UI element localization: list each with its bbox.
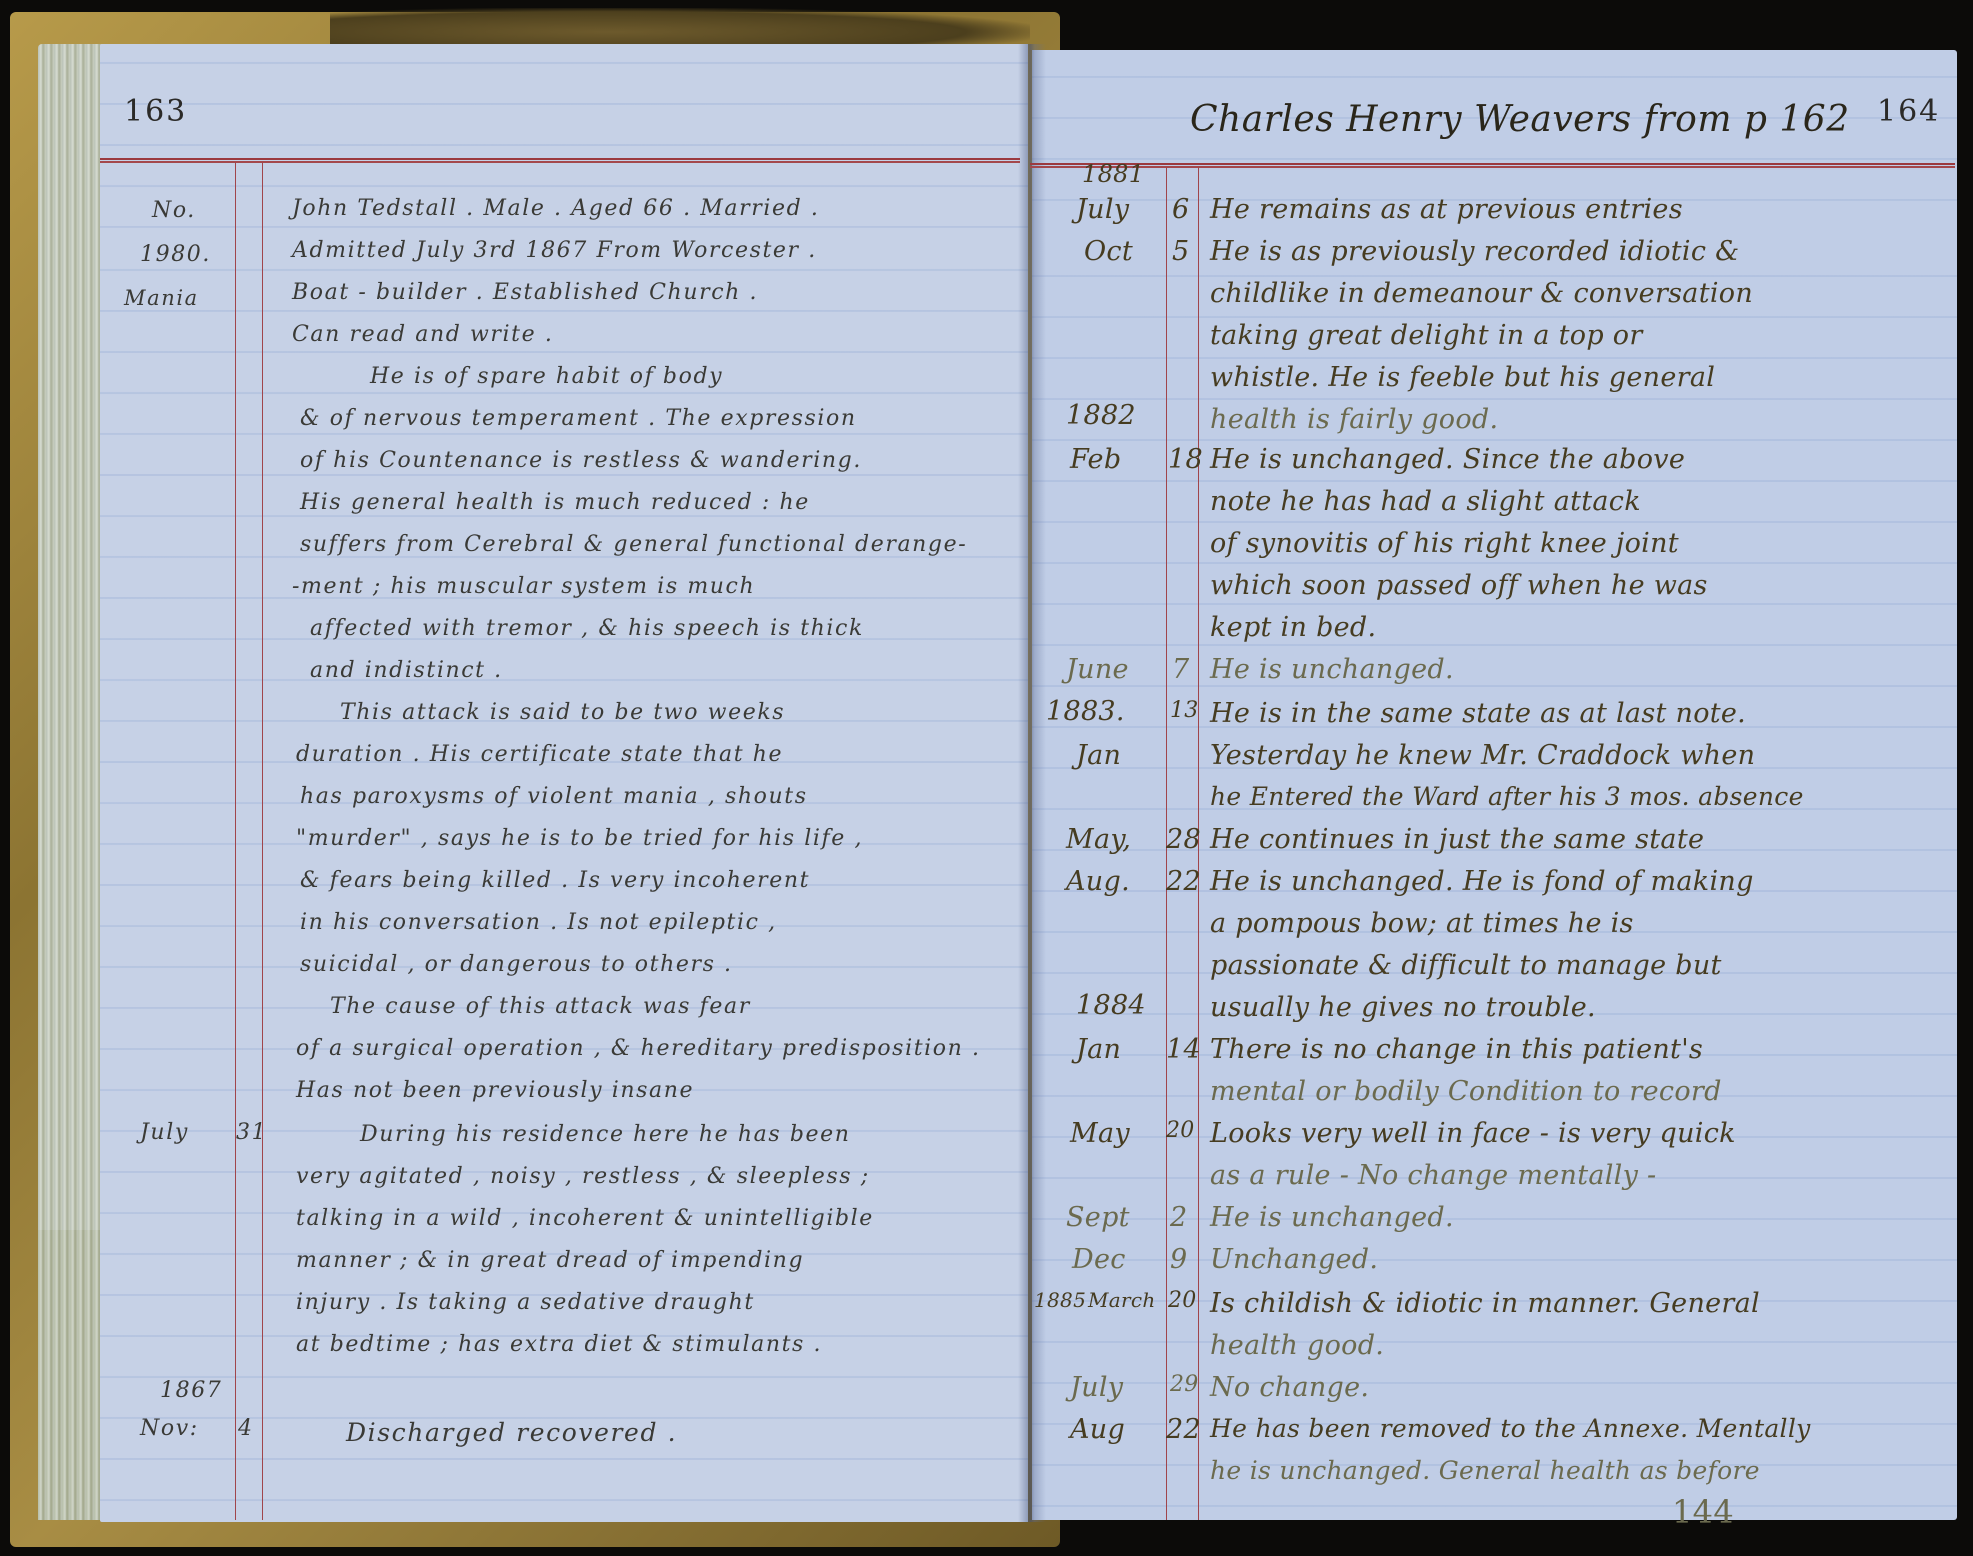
entry-day: 20 bbox=[1166, 1120, 1195, 1142]
left-day-column-rule bbox=[262, 162, 263, 1520]
entry-year: 1867 bbox=[160, 1380, 222, 1402]
entry-month: Aug. bbox=[1066, 868, 1130, 895]
case-number: 1980. bbox=[140, 244, 211, 266]
entry-line: He is unchanged. bbox=[1210, 656, 1454, 683]
entry-day: 2 bbox=[1170, 1204, 1187, 1231]
left-date-column-rule bbox=[235, 162, 236, 1520]
diagnosis-label: Mania bbox=[124, 288, 199, 309]
entry-month: July bbox=[1076, 196, 1129, 223]
note-line: & fears being killed . Is very incoheren… bbox=[300, 870, 810, 892]
entry-line: Unchanged. bbox=[1210, 1246, 1378, 1273]
footer-folio-note: 144 bbox=[1672, 1496, 1734, 1528]
entry-line: He remains as at previous entries bbox=[1210, 196, 1683, 223]
entry-line: a pompous bow; at times he is bbox=[1210, 910, 1634, 937]
note-line: -ment ; his muscular system is much bbox=[292, 576, 755, 598]
entry-line: which soon passed off when he was bbox=[1210, 572, 1708, 599]
entry-day: 5 bbox=[1172, 238, 1189, 265]
entry-day: 18 bbox=[1168, 446, 1203, 473]
entry-month: May, bbox=[1066, 826, 1131, 853]
entry-day: 20 bbox=[1168, 1290, 1197, 1312]
entry-line: mental or bodily Condition to record bbox=[1210, 1078, 1722, 1105]
note-line: in his conversation . Is not epileptic , bbox=[300, 912, 777, 934]
entry-line: He is in the same state as at last note. bbox=[1210, 700, 1746, 727]
entry-line: He is unchanged. He is fond of making bbox=[1210, 868, 1754, 895]
page-edges-stack bbox=[38, 44, 108, 1239]
entry-month: Sept bbox=[1066, 1204, 1130, 1231]
entry-line: he is unchanged. General health as befor… bbox=[1210, 1458, 1760, 1483]
entry-line: He continues in just the same state bbox=[1210, 826, 1704, 853]
entry-line: health good. bbox=[1210, 1332, 1384, 1359]
entry-line: Is childish & idiotic in manner. General bbox=[1210, 1290, 1760, 1317]
entry-line: Yesterday he knew Mr. Craddock when bbox=[1210, 742, 1755, 769]
entry-line: very agitated , noisy , restless , & sle… bbox=[296, 1166, 870, 1188]
right-page-number: 164 bbox=[1877, 94, 1940, 129]
entry-month: July bbox=[140, 1122, 189, 1144]
entry-day: 14 bbox=[1166, 1036, 1201, 1063]
right-header-rule bbox=[1030, 163, 1955, 168]
entry-day: 29 bbox=[1170, 1374, 1199, 1396]
note-line: John Tedstall . Male . Aged 66 . Married… bbox=[292, 198, 819, 220]
page-edges-stack-bottom bbox=[38, 1230, 108, 1520]
entry-line: passionate & difficult to manage but bbox=[1210, 952, 1722, 979]
entry-line: He has been removed to the Annexe. Menta… bbox=[1210, 1416, 1811, 1441]
entry-year: 1885 bbox=[1034, 1290, 1086, 1310]
entry-line: at bedtime ; has extra diet & stimulants… bbox=[296, 1334, 822, 1356]
note-line: of a surgical operation , & hereditary p… bbox=[296, 1038, 981, 1060]
entry-month: Jan bbox=[1076, 1036, 1121, 1063]
note-line: has paroxysms of violent mania , shouts bbox=[300, 786, 808, 808]
note-line: duration . His certificate state that he bbox=[296, 744, 783, 766]
left-header-rule bbox=[100, 158, 1020, 163]
entry-day: 28 bbox=[1166, 826, 1201, 853]
note-line: Boat - builder . Established Church . bbox=[292, 282, 758, 304]
entry-month: March bbox=[1088, 1290, 1156, 1310]
note-line: Admitted July 3rd 1867 From Worcester . bbox=[292, 240, 817, 262]
entry-day: 31 bbox=[236, 1122, 267, 1144]
note-line: The cause of this attack was fear bbox=[330, 996, 751, 1018]
entry-line: Looks very well in face - is very quick bbox=[1210, 1120, 1736, 1147]
entry-line: There is no change in this patient's bbox=[1210, 1036, 1703, 1063]
entry-line: childlike in demeanour & conversation bbox=[1210, 280, 1753, 307]
entry-line: kept in bed. bbox=[1210, 614, 1376, 641]
entry-month: Dec bbox=[1072, 1246, 1126, 1273]
note-line: He is of spare habit of body bbox=[370, 366, 723, 388]
entry-month: Oct bbox=[1084, 238, 1133, 265]
entry-line: taking great delight in a top or bbox=[1210, 322, 1643, 349]
left-page-number: 163 bbox=[124, 94, 187, 129]
entry-line: of synovitis of his right knee joint bbox=[1210, 530, 1679, 557]
note-line: "murder" , says he is to be tried for hi… bbox=[296, 828, 863, 850]
entry-line: During his residence here he has been bbox=[360, 1124, 851, 1146]
entry-month: July bbox=[1070, 1374, 1123, 1401]
entry-line: injury . Is taking a sedative draught bbox=[296, 1292, 755, 1314]
entry-month: Aug bbox=[1070, 1416, 1125, 1443]
entry-month: May bbox=[1070, 1120, 1130, 1147]
entry-line: He is unchanged. bbox=[1210, 1204, 1454, 1231]
entry-month: Nov: bbox=[140, 1418, 199, 1440]
note-line: Has not been previously insane bbox=[296, 1080, 694, 1102]
entry-line: He is as previously recorded idiotic & bbox=[1210, 238, 1739, 265]
cover-damage bbox=[330, 8, 1030, 48]
note-line: suicidal , or dangerous to others . bbox=[300, 954, 733, 976]
entry-line: health is fairly good. bbox=[1210, 406, 1498, 433]
entry-day: 9 bbox=[1170, 1246, 1187, 1273]
entry-month: Jan bbox=[1076, 742, 1121, 769]
entry-day: 7 bbox=[1172, 656, 1189, 683]
note-line: His general health is much reduced : he bbox=[300, 492, 810, 514]
entry-day: 13 bbox=[1170, 700, 1199, 722]
note-line: affected with tremor , & his speech is t… bbox=[310, 618, 864, 640]
note-line: This attack is said to be two weeks bbox=[340, 702, 785, 724]
entry-day: 22 bbox=[1166, 1416, 1201, 1443]
entry-year: 1884 bbox=[1076, 992, 1146, 1019]
note-line: suffers from Cerebral & general function… bbox=[300, 534, 967, 556]
entry-line: as a rule - No change mentally - bbox=[1210, 1162, 1656, 1189]
entry-year: 1881 bbox=[1082, 162, 1144, 186]
entry-line: he Entered the Ward after his 3 mos. abs… bbox=[1210, 784, 1804, 809]
entry-line: whistle. He is feeble but his general bbox=[1210, 364, 1715, 391]
entry-month: Feb bbox=[1070, 446, 1121, 473]
entry-day: 6 bbox=[1172, 196, 1189, 223]
discharge-note: Discharged recovered . bbox=[346, 1420, 677, 1445]
note-line: of his Countenance is restless & wanderi… bbox=[300, 450, 862, 472]
entry-line: note he has had a slight attack bbox=[1210, 488, 1641, 515]
right-page-title: Charles Henry Weavers from p 162 bbox=[1190, 102, 1850, 138]
entry-year: 1882 bbox=[1066, 402, 1136, 429]
entry-day: 22 bbox=[1166, 868, 1201, 895]
note-line: and indistinct . bbox=[310, 660, 503, 682]
note-line: Can read and write . bbox=[292, 324, 553, 346]
entry-line: usually he gives no trouble. bbox=[1210, 994, 1596, 1021]
entry-month: June bbox=[1066, 656, 1129, 683]
entry-line: manner ; & in great dread of impending bbox=[296, 1250, 804, 1272]
entry-line: talking in a wild , incoherent & unintel… bbox=[296, 1208, 874, 1230]
entry-day: 4 bbox=[238, 1418, 254, 1440]
entry-year: 1883. bbox=[1046, 698, 1125, 725]
entry-line: No change. bbox=[1210, 1374, 1369, 1401]
entry-line: He is unchanged. Since the above bbox=[1210, 446, 1685, 473]
note-line: & of nervous temperament . The expressio… bbox=[300, 408, 857, 430]
case-label: No. bbox=[152, 200, 196, 222]
